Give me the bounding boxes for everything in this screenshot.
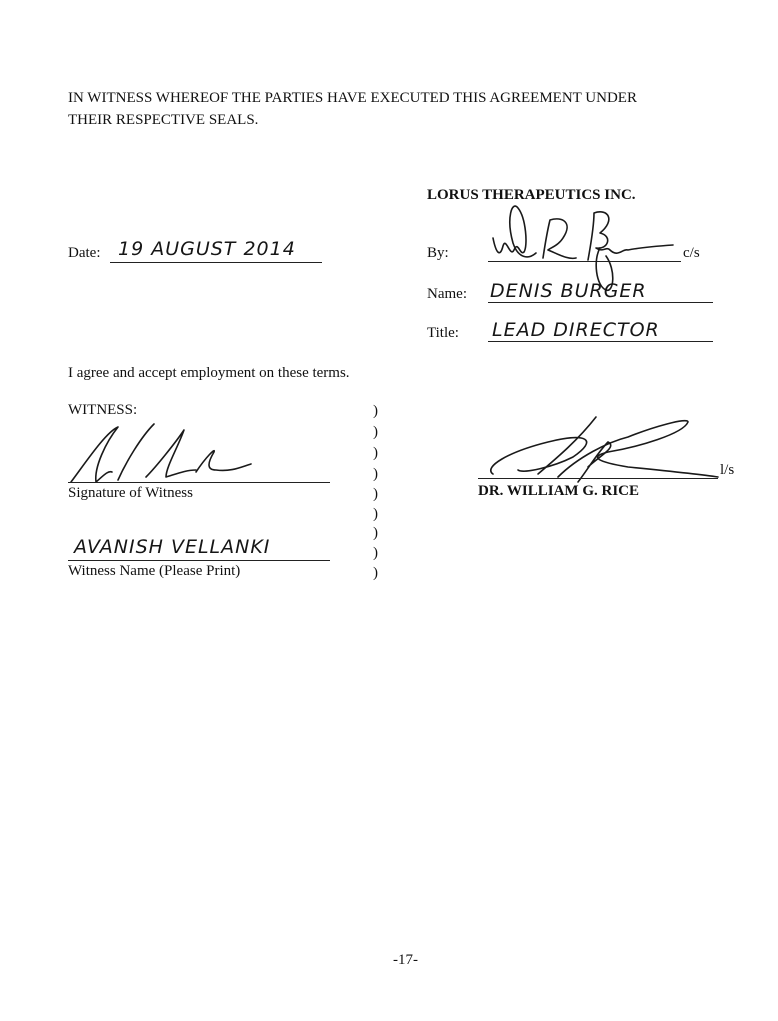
bracket: ) <box>373 403 378 420</box>
employee-signature <box>478 412 728 492</box>
date-handwritten: 19 AUGUST 2014 <box>118 238 296 260</box>
witness-label: WITNESS: <box>68 402 137 419</box>
name-line <box>488 302 713 303</box>
witness-signature-line <box>68 482 330 483</box>
agreement-statement: I agree and accept employment on these t… <box>68 365 350 382</box>
signature-of-witness-label: Signature of Witness <box>68 485 193 502</box>
employee-signature-line <box>478 478 718 479</box>
bracket: ) <box>373 545 378 562</box>
witness-clause-line-2: THEIR RESPECTIVE SEALS. <box>68 112 258 129</box>
signatory-title-handwritten: LEAD DIRECTOR <box>492 319 660 341</box>
date-line <box>110 262 322 263</box>
witness-name-line <box>68 560 330 561</box>
title-line <box>488 341 713 342</box>
company-signature <box>488 198 688 278</box>
seal-suffix-ls: l/s <box>720 462 734 479</box>
by-label: By: <box>427 245 449 262</box>
bracket: ) <box>373 565 378 582</box>
page-number: -17- <box>393 952 418 969</box>
title-label: Title: <box>427 325 459 342</box>
bracket: ) <box>373 506 378 523</box>
witness-name-label: Witness Name (Please Print) <box>68 563 240 580</box>
employee-name: DR. WILLIAM G. RICE <box>478 483 639 500</box>
witness-clause-line-1: IN WITNESS WHEREOF THE PARTIES HAVE EXEC… <box>68 90 637 107</box>
witness-name-handwritten: AVANISH VELLANKI <box>74 536 270 558</box>
name-label: Name: <box>427 286 467 303</box>
bracket: ) <box>373 466 378 483</box>
date-label: Date: <box>68 245 100 262</box>
by-suffix-cs: c/s <box>683 245 700 262</box>
bracket: ) <box>373 424 378 441</box>
signatory-name-handwritten: DENIS BURGER <box>490 280 647 302</box>
bracket: ) <box>373 445 378 462</box>
bracket: ) <box>373 525 378 542</box>
bracket: ) <box>373 486 378 503</box>
